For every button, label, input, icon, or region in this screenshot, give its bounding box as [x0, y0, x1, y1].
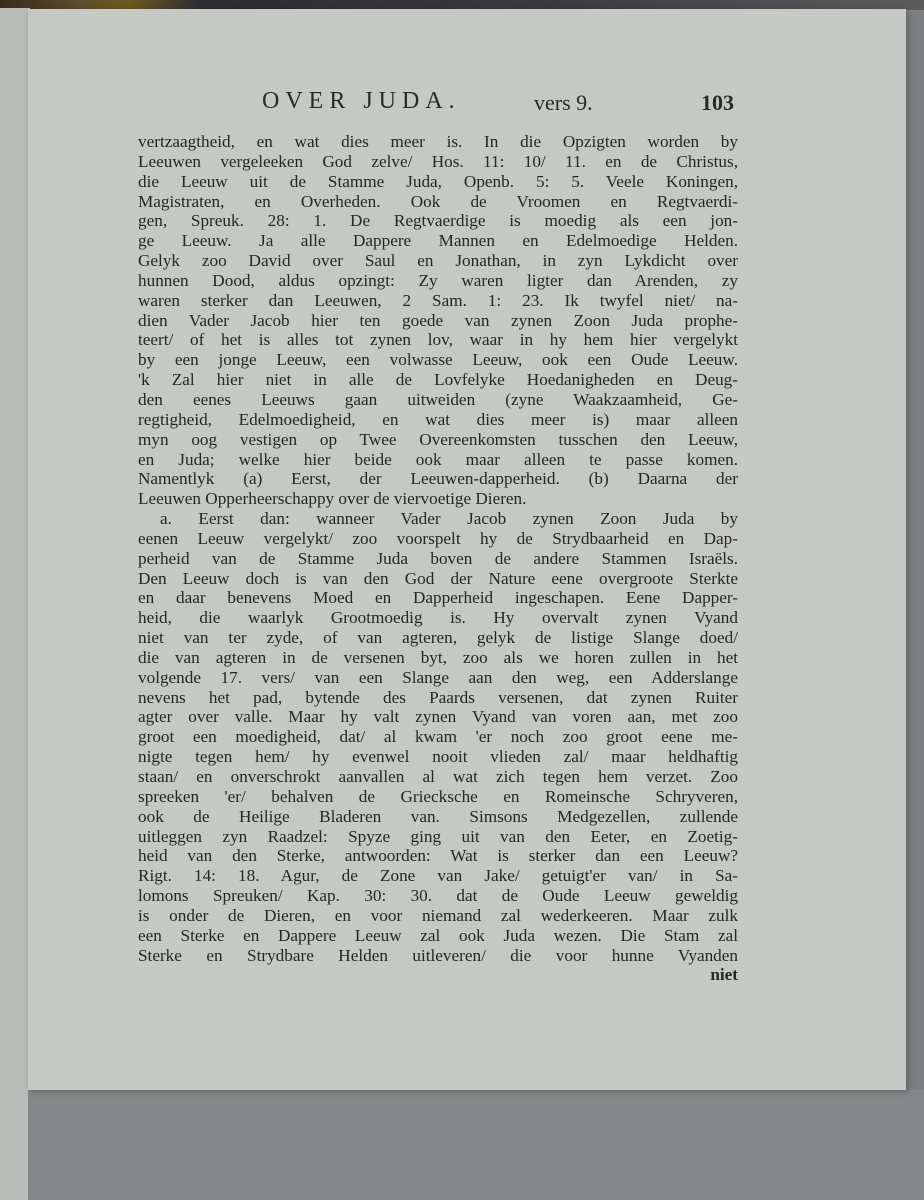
- text-line: niet van ter zyde, of van agteren, gelyk…: [138, 628, 738, 648]
- text-line: dien Vader Jacob hier ten goede van zyne…: [138, 311, 738, 331]
- running-title: OVER JUDA.: [262, 88, 461, 115]
- text-line: Leeuwen Opperheerschappy over de viervoe…: [138, 489, 738, 509]
- text-line: waren sterker dan Leeuwen, 2 Sam. 1: 23.…: [138, 291, 738, 311]
- text-line: vertzaagtheid, en wat dies meer is. In d…: [138, 132, 738, 152]
- text-line: die van agteren in de versenen byt, zoo …: [138, 648, 738, 668]
- text-line: gen, Spreuk. 28: 1. De Regtvaerdige is m…: [138, 211, 738, 231]
- text-line: 'k Zal hier niet in alle de Lovfelyke Ho…: [138, 370, 738, 390]
- text-line: myn oog vestigen op Twee Overeenkomsten …: [138, 430, 738, 450]
- text-line: perheid van de Stamme Juda boven de ande…: [138, 549, 738, 569]
- text-line: Sterke en Strydbare Helden uitleveren/ d…: [138, 946, 738, 966]
- text-line: uitleggen zyn Raadzel: Spyze ging uit va…: [138, 827, 738, 847]
- text-line: Gelyk zoo David over Saul en Jonathan, i…: [138, 251, 738, 271]
- text-line: lomons Spreuken/ Kap. 30: 30. dat de Oud…: [138, 886, 738, 906]
- text-line: Den Leeuw doch is van den God der Nature…: [138, 569, 738, 589]
- text-line: spreeken 'er/ behalven de Griecksche en …: [138, 787, 738, 807]
- text-line: ook de Heilige Bladeren van. Simsons Med…: [138, 807, 738, 827]
- text-line: hunnen Dood, aldus opzingt: Zy waren lig…: [138, 271, 738, 291]
- text-line: groot een moedigheid, dat/ al kwam 'er n…: [138, 727, 738, 747]
- text-line: Rigt. 14: 18. Agur, de Zone van Jake/ ge…: [138, 866, 738, 886]
- text-line: teert/ of het is alles tot zynen lov, wa…: [138, 330, 738, 350]
- text-line: die Leeuw uit de Stamme Juda, Openb. 5: …: [138, 172, 738, 192]
- text-line: een Sterke en Dappere Leeuw zal ook Juda…: [138, 926, 738, 946]
- text-line: heid van den Sterke, antwoorden: Wat is …: [138, 846, 738, 866]
- text-line: staan/ en onverschrokt aanvallen al wat …: [138, 767, 738, 787]
- adjacent-page-edge: [0, 8, 30, 1200]
- paragraph-start-line: a. Eerst dan: wanneer Vader Jacob zynen …: [138, 509, 738, 529]
- verse-reference: vers 9.: [534, 90, 593, 116]
- text-line: Namentlyk (a) Eerst, der Leeuwen-dapperh…: [138, 469, 738, 489]
- text-line: agter over valle. Maar hy valt zynen Vya…: [138, 707, 738, 727]
- text-line: nevens het pad, bytende des Paards verse…: [138, 688, 738, 708]
- text-line: Leeuwen vergeleeken God zelve/ Hos. 11: …: [138, 152, 738, 172]
- running-head: OVER JUDA. vers 9. 103: [262, 88, 742, 120]
- text-line: heid, die waarlyk Grootmoedig is. Hy ove…: [138, 608, 738, 628]
- text-line: en daar benevens Moed en Dapperheid inge…: [138, 588, 738, 608]
- catchword: niet: [138, 965, 738, 985]
- text-line: den eenes Leeuws gaan uitweiden (zyne Wa…: [138, 390, 738, 410]
- text-line: by een jonge Leeuw, een volwasse Leeuw, …: [138, 350, 738, 370]
- background-surface: [28, 1090, 924, 1200]
- text-line: nigte tegen hem/ hy evenwel nooit vliede…: [138, 747, 738, 767]
- text-line: Magistraten, en Overheden. Ook de Vroome…: [138, 192, 738, 212]
- text-line: volgende 17. vers/ van een Slange aan de…: [138, 668, 738, 688]
- text-line: eenen Leeuw vergelykt/ zoo voorspelt hy …: [138, 529, 738, 549]
- text-line: regtigheid, Edelmoedigheid, en wat dies …: [138, 410, 738, 430]
- body-text: vertzaagtheid, en wat dies meer is. In d…: [138, 132, 738, 985]
- text-line: en Juda; welke hier beide ook maar allee…: [138, 450, 738, 470]
- text-line: is onder de Dieren, en voor niemand zal …: [138, 906, 738, 926]
- page-number: 103: [701, 90, 734, 116]
- text-line: ge Leeuw. Ja alle Dappere Mannen en Edel…: [138, 231, 738, 251]
